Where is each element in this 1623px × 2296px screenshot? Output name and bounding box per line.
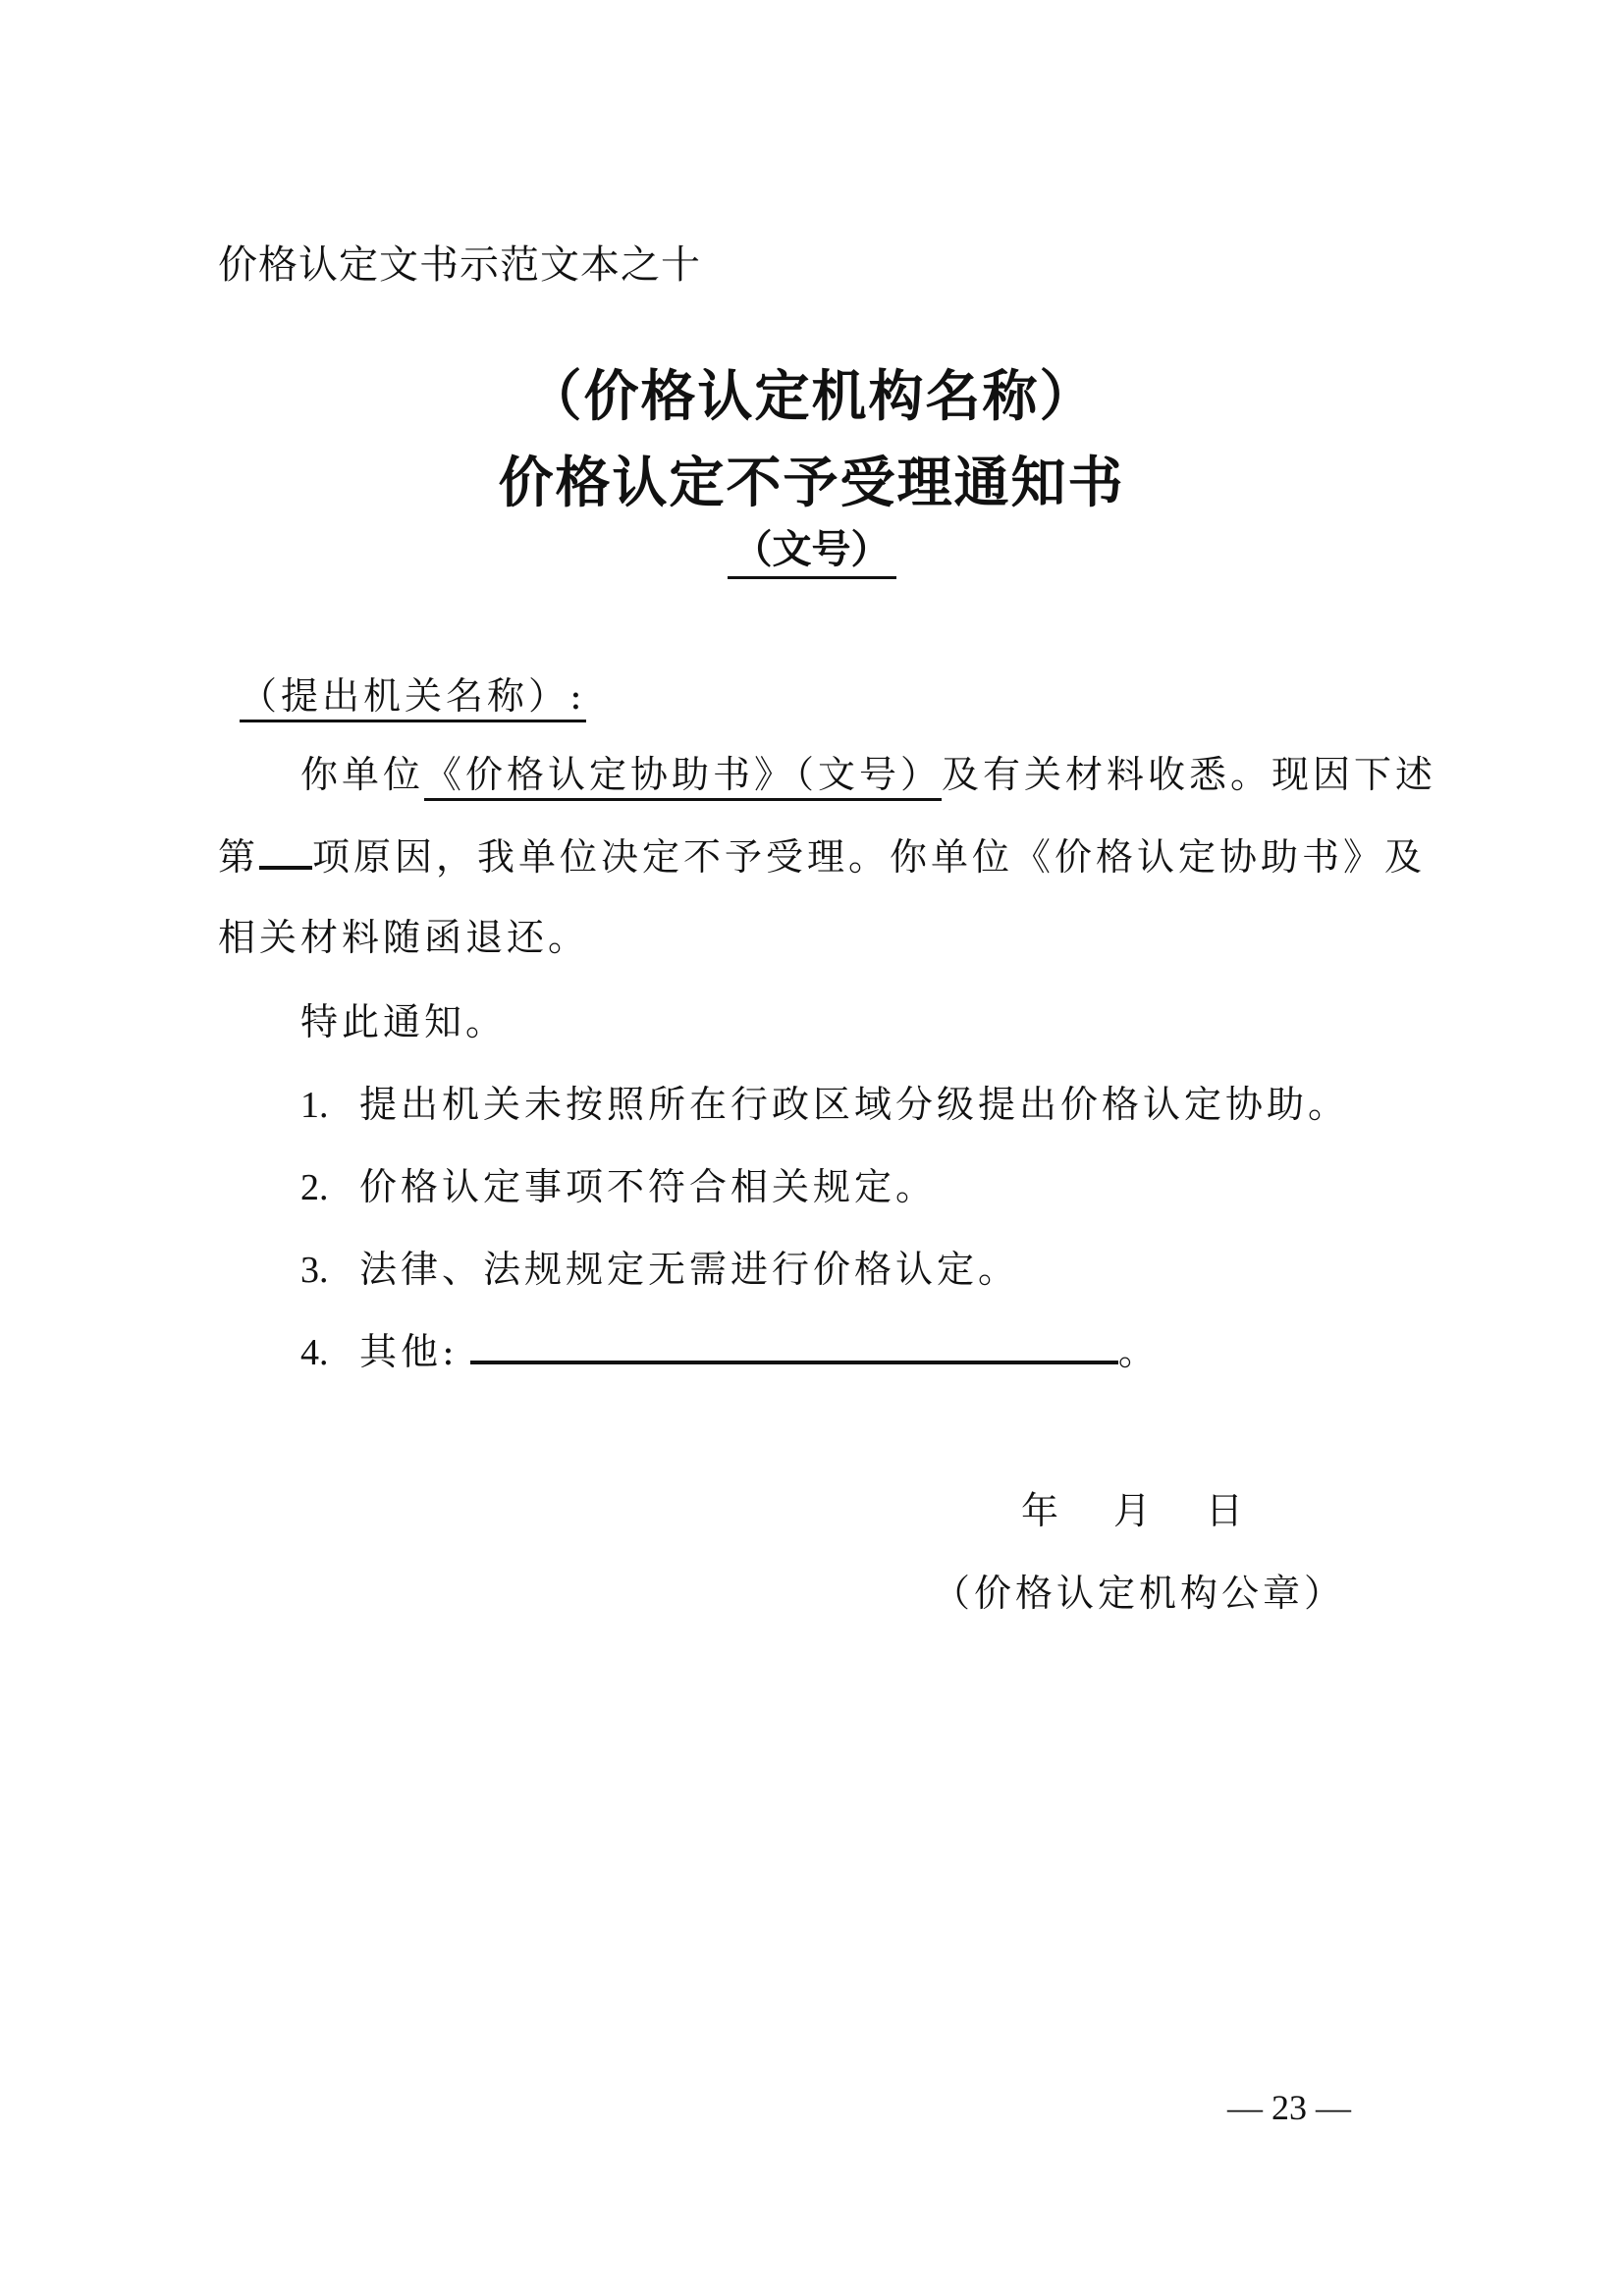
- other-reason-blank[interactable]: [470, 1325, 1118, 1364]
- notice-closing: 特此通知。: [300, 991, 507, 1045]
- body-line-3: 相关材料随函退还。: [218, 907, 589, 961]
- reason-item-4: 4.其他:。: [300, 1321, 1160, 1375]
- reason-number-blank[interactable]: [259, 836, 312, 870]
- institution-name-title: （价格认定机构名称）: [0, 353, 1623, 432]
- page-number: — 23 —: [1227, 2087, 1351, 2128]
- addressee: （提出机关名称）:: [240, 666, 586, 720]
- body-line-2: 第项原因，我单位决定不予受理。你单位《价格认定协助书》及: [218, 827, 1426, 881]
- reason-item-2: 2.价格认定事项不符合相关规定。: [300, 1156, 937, 1210]
- reason-item-1: 1.提出机关未按照所在行政区域分级提出价格认定协助。: [300, 1074, 1349, 1128]
- document-number: （文号）: [0, 518, 1623, 574]
- reason-item-3: 3.法律、法规规定无需进行价格认定。: [300, 1239, 1019, 1293]
- date-line: 年月日: [1021, 1480, 1243, 1534]
- template-label: 价格认定文书示范文本之十: [218, 234, 701, 290]
- official-seal-label: （价格认定机构公章）: [933, 1563, 1345, 1617]
- assistance-letter-ref: 《价格认定协助书》（文号）: [424, 753, 942, 801]
- document-title: 价格认定不予受理通知书: [0, 440, 1623, 518]
- body-line-1: 你单位《价格认定协助书》（文号）及有关材料收悉。现因下述: [300, 744, 1436, 798]
